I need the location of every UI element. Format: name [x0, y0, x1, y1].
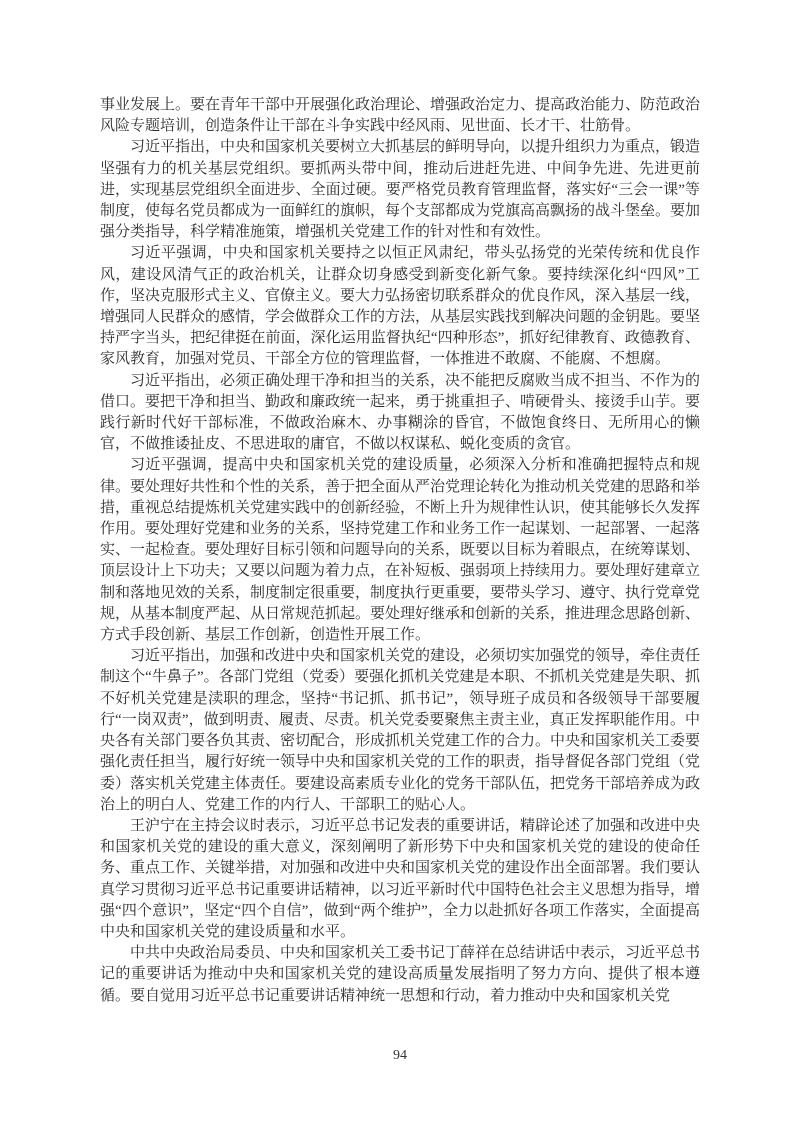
- page-number: 94: [0, 1048, 800, 1064]
- paragraph: 王沪宁在主持会议时表示，习近平总书记发表的重要讲话，精辟论述了加强和改进中央和国…: [100, 816, 700, 943]
- paragraph: 中共中央政治局委员、中央和国家机关工委书记丁薛祥在总结讲话中表示，习近平总书记的…: [100, 943, 700, 1007]
- paragraph: 习近平强调，中央和国家机关要持之以恒正风肃纪，带头弘扬党的光荣传统和优良作风，建…: [100, 243, 700, 370]
- document-page: 事业发展上。要在青年干部中开展强化政治理论、增强政治定力、提高政治能力、防范政治…: [0, 0, 800, 1133]
- paragraph: 习近平强调，提高中央和国家机关党的建设质量，必须深入分析和准确把握特点和规律。要…: [100, 455, 700, 646]
- paragraph: 习近平指出，中央和国家机关要树立大抓基层的鲜明导向，以提升组织力为重点，锻造坚强…: [100, 137, 700, 243]
- paragraph: 习近平指出，必须正确处理干净和担当的关系，决不能把反腐败当成不担当、不作为的借口…: [100, 371, 700, 456]
- paragraph: 习近平指出，加强和改进中央和国家机关党的建设，必须切实加强党的领导，牵住责任制这…: [100, 646, 700, 816]
- page-body-text: 事业发展上。要在青年干部中开展强化政治理论、增强政治定力、提高政治能力、防范政治…: [100, 95, 700, 1007]
- paragraph-continuation: 事业发展上。要在青年干部中开展强化政治理论、增强政治定力、提高政治能力、防范政治…: [100, 95, 700, 137]
